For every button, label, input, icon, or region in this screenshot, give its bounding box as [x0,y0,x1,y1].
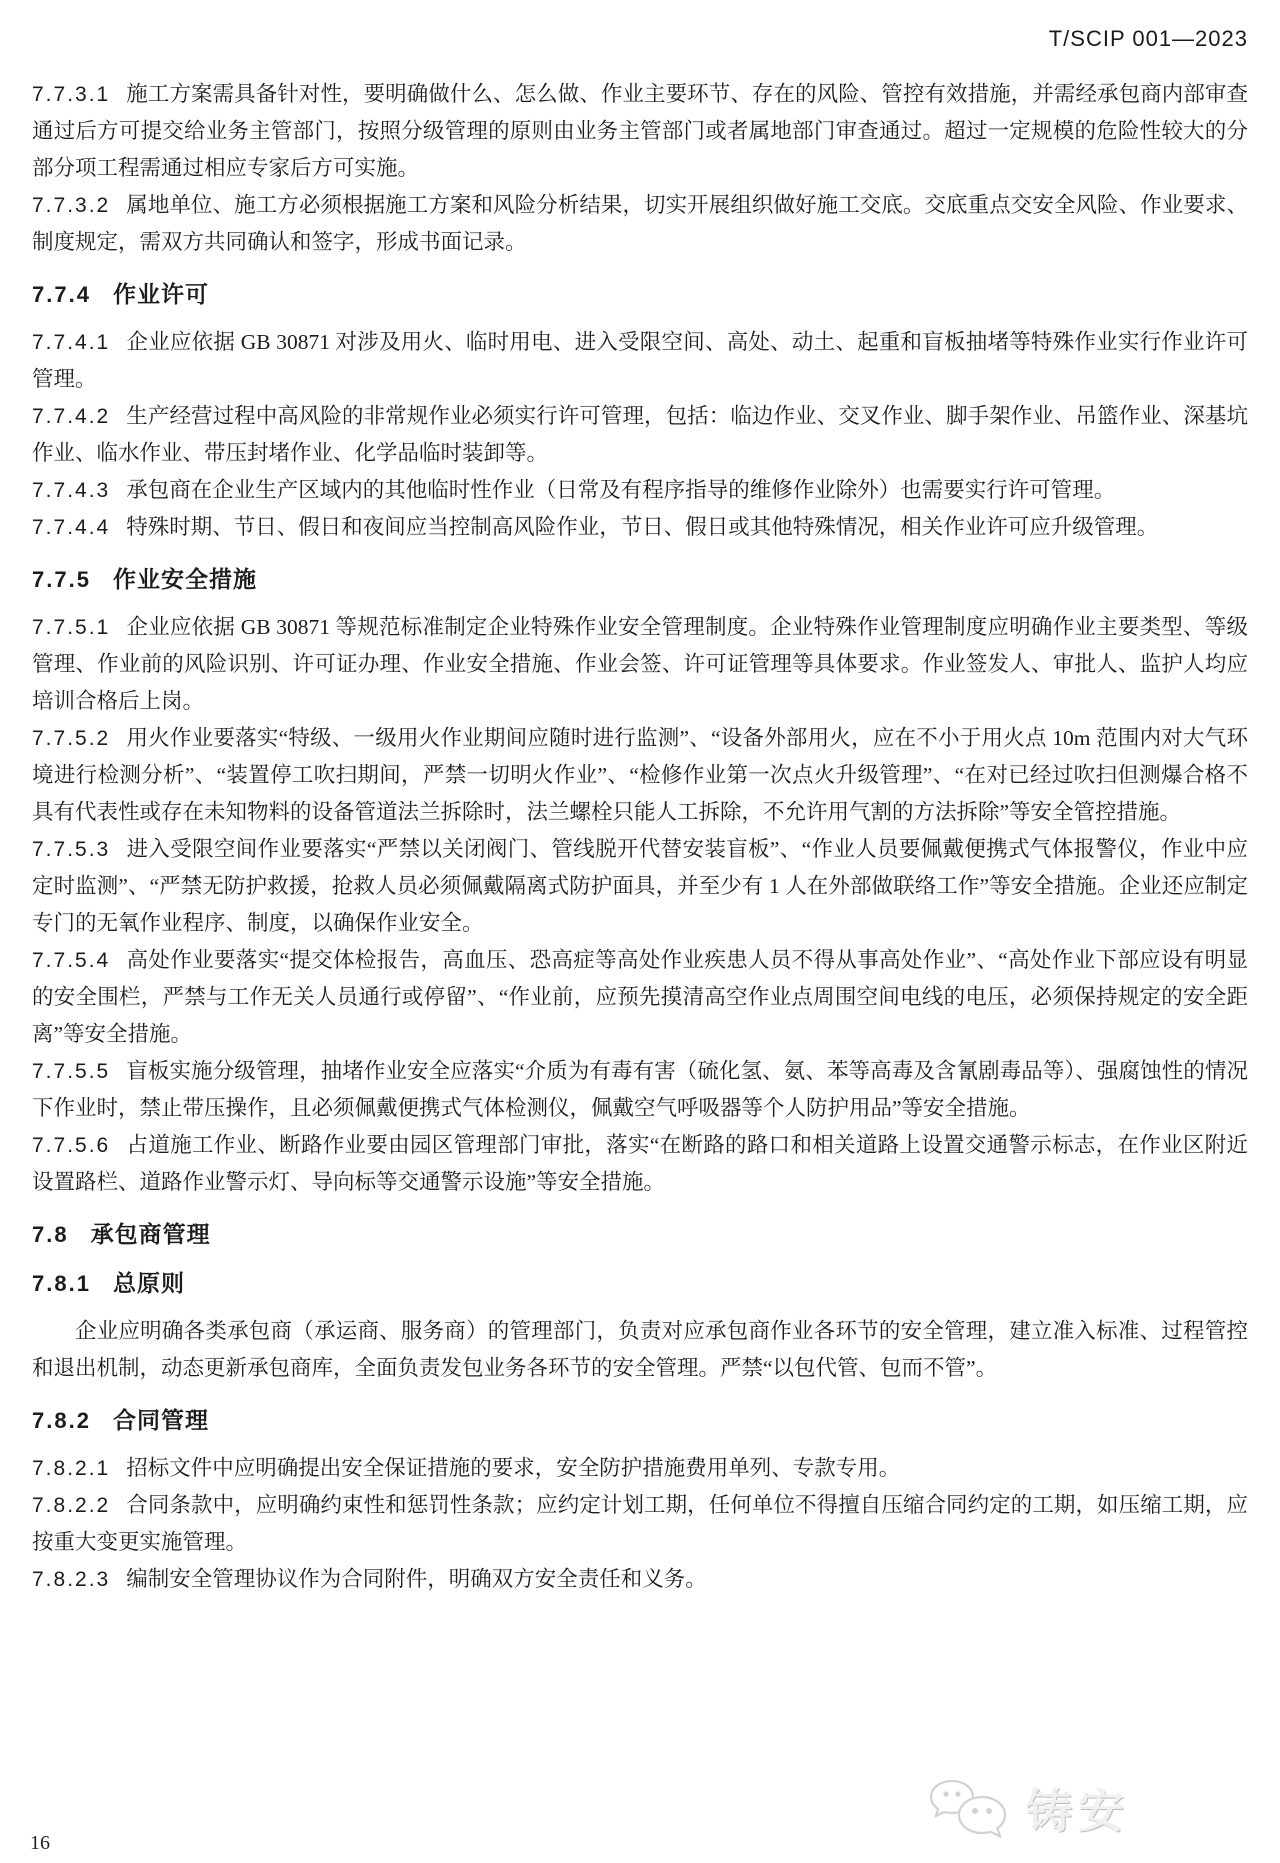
clause-number: 7.7.4.4 [32,516,110,539]
heading-number: 7.8 [32,1222,69,1247]
heading-number: 7.7.5 [32,567,91,592]
heading-number: 7.8.1 [32,1271,91,1296]
page-number: 16 [30,1832,50,1855]
clause-text: 施工方案需具备针对性，要明确做什么、怎么做、作业主要环节、存在的风险、管控有效措… [32,82,1248,180]
clause-paragraph: 7.7.3.1施工方案需具备针对性，要明确做什么、怎么做、作业主要环节、存在的风… [32,76,1248,187]
section-heading: 7.8.2合同管理 [32,1405,1248,1436]
clause-paragraph: 7.7.4.4特殊时期、节日、假日和夜间应当控制高风险作业，节日、假日或其他特殊… [32,509,1248,546]
clause-number: 7.7.5.2 [32,727,110,750]
clause-number: 7.7.4.3 [32,479,110,502]
clause-number: 7.8.2.2 [32,1494,110,1517]
clause-number: 7.7.4.1 [32,331,110,354]
heading-title: 总原则 [113,1270,185,1296]
clause-text: 生产经营过程中高风险的非常规作业必须实行许可管理，包括：临边作业、交叉作业、脚手… [32,404,1248,465]
clause-number: 7.7.5.5 [32,1060,110,1083]
clause-number: 7.7.5.4 [32,949,110,972]
clause-paragraph: 7.7.5.1企业应依据 GB 30871 等规范标准制定企业特殊作业安全管理制… [32,609,1248,720]
clause-text: 进入受限空间作业要落实“严禁以关闭阀门、管线脱开代替安装盲板”、“作业人员要佩戴… [32,837,1248,935]
clause-paragraph: 7.7.5.5盲板实施分级管理，抽堵作业安全应落实“介质为有毒有害（硫化氢、氨、… [32,1053,1248,1127]
watermark: 铸安 [922,1775,1130,1841]
clause-number: 7.8.2.1 [32,1457,110,1480]
clause-paragraph: 7.8.2.3编制安全管理协议作为合同附件，明确双方安全责任和义务。 [32,1561,1248,1598]
clause-paragraph: 7.7.4.1企业应依据 GB 30871 对涉及用火、临时用电、进入受限空间、… [32,324,1248,398]
heading-number: 7.8.2 [32,1408,91,1433]
clause-paragraph: 7.7.5.3进入受限空间作业要落实“严禁以关闭阀门、管线脱开代替安装盲板”、“… [32,831,1248,942]
heading-number: 7.7.4 [32,282,91,307]
document-content: 7.7.3.1施工方案需具备针对性，要明确做什么、怎么做、作业主要环节、存在的风… [32,76,1248,1598]
body-paragraph: 企业应明确各类承包商（承运商、服务商）的管理部门，负责对应承包商作业各环节的安全… [32,1313,1248,1387]
wechat-bubbles-icon [922,1775,1014,1841]
clause-paragraph: 7.8.2.1招标文件中应明确提出安全保证措施的要求，安全防护措施费用单列、专款… [32,1450,1248,1487]
clause-text: 合同条款中，应明确约束性和惩罚性条款；应约定计划工期，任何单位不得擅自压缩合同约… [32,1493,1248,1554]
section-heading: 7.8承包商管理 [32,1219,1248,1250]
clause-paragraph: 7.7.5.2用火作业要落实“特级、一级用火作业期间应随时进行监测”、“设备外部… [32,720,1248,831]
clause-text: 盲板实施分级管理，抽堵作业安全应落实“介质为有毒有害（硫化氢、氨、苯等高毒及含氰… [32,1059,1248,1120]
clause-number: 7.7.5.3 [32,838,110,861]
clause-text: 招标文件中应明确提出安全保证措施的要求，安全防护措施费用单列、专款专用。 [126,1456,900,1480]
clause-paragraph: 7.7.5.6占道施工作业、断路作业要由园区管理部门审批，落实“在断路的路口和相… [32,1127,1248,1201]
clause-text: 企业应依据 GB 30871 对涉及用火、临时用电、进入受限空间、高处、动土、起… [32,330,1248,391]
clause-text: 编制安全管理协议作为合同附件，明确双方安全责任和义务。 [126,1567,707,1591]
section-heading: 7.7.5作业安全措施 [32,564,1248,595]
clause-number: 7.7.3.2 [32,194,110,217]
clause-text: 高处作业要落实“提交体检报告，高血压、恐高症等高处作业疾患人员不得从事高处作业”… [32,948,1248,1046]
clause-paragraph: 7.7.5.4高处作业要落实“提交体检报告，高血压、恐高症等高处作业疾患人员不得… [32,942,1248,1053]
clause-text: 用火作业要落实“特级、一级用火作业期间应随时进行监测”、“设备外部用火，应在不小… [32,726,1248,824]
clause-paragraph: 7.8.2.2合同条款中，应明确约束性和惩罚性条款；应约定计划工期，任何单位不得… [32,1487,1248,1561]
document-page: T/SCIP 001—2023 7.7.3.1施工方案需具备针对性，要明确做什么… [0,0,1280,1863]
heading-title: 作业安全措施 [113,566,257,592]
clause-paragraph: 7.7.4.3承包商在企业生产区域内的其他临时性作业（日常及有程序指导的维修作业… [32,472,1248,509]
heading-title: 承包商管理 [91,1221,211,1247]
clause-text: 属地单位、施工方必须根据施工方案和风险分析结果，切实开展组织做好施工交底。交底重… [32,193,1248,254]
clause-number: 7.7.5.1 [32,616,110,639]
clause-number: 7.7.5.6 [32,1134,110,1157]
watermark-label: 铸安 [1026,1775,1130,1841]
section-heading: 7.8.1总原则 [32,1268,1248,1299]
clause-number: 7.8.2.3 [32,1568,110,1591]
clause-number: 7.7.4.2 [32,405,110,428]
doc-code: T/SCIP 001—2023 [32,26,1248,52]
section-heading: 7.7.4作业许可 [32,279,1248,310]
clause-text: 承包商在企业生产区域内的其他临时性作业（日常及有程序指导的维修作业除外）也需要实… [126,478,1115,502]
clause-text: 占道施工作业、断路作业要由园区管理部门审批，落实“在断路的路口和相关道路上设置交… [32,1133,1248,1194]
clause-paragraph: 7.7.3.2属地单位、施工方必须根据施工方案和风险分析结果，切实开展组织做好施… [32,187,1248,261]
clause-text: 特殊时期、节日、假日和夜间应当控制高风险作业，节日、假日或其他特殊情况，相关作业… [126,515,1158,539]
heading-title: 作业许可 [113,281,209,307]
clause-paragraph: 7.7.4.2生产经营过程中高风险的非常规作业必须实行许可管理，包括：临边作业、… [32,398,1248,472]
clause-number: 7.7.3.1 [32,83,110,106]
clause-text: 企业应依据 GB 30871 等规范标准制定企业特殊作业安全管理制度。企业特殊作… [32,615,1248,713]
heading-title: 合同管理 [113,1407,209,1433]
